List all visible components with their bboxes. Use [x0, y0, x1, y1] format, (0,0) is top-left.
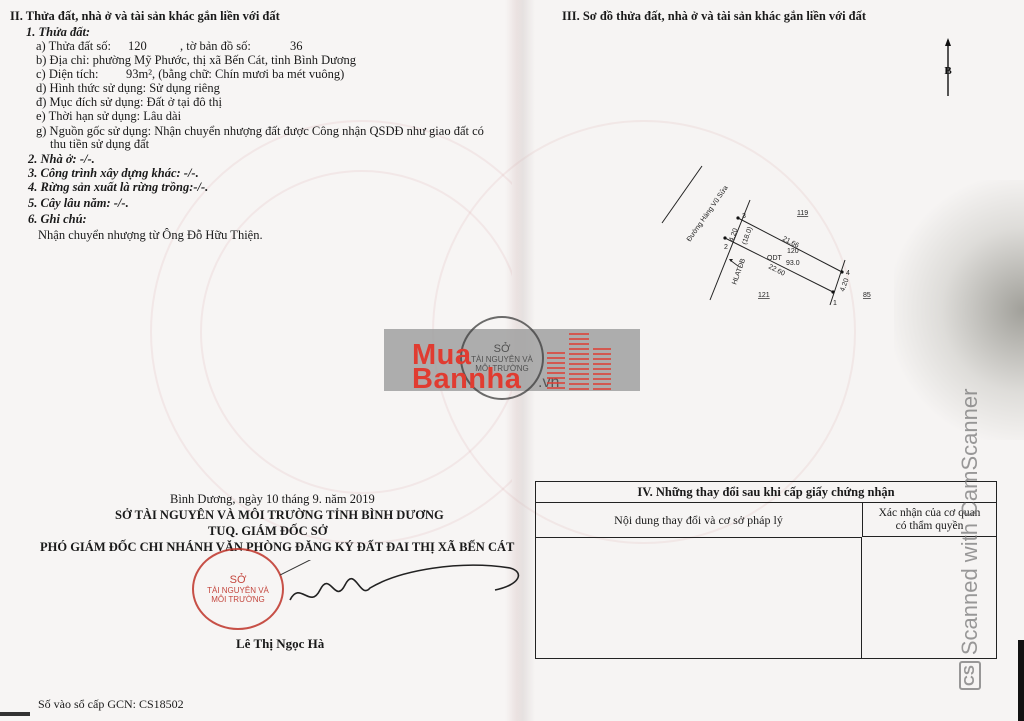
changes-table: IV. Những thay đổi sau khi cấp giấy chứn…	[535, 481, 997, 659]
house-item: 2. Nhà ở: -/-.	[28, 152, 95, 166]
signing-date: Bình Dương, ngày 10 tháng 9. năm 2019	[170, 492, 375, 506]
side-left-length: 4.20	[728, 227, 739, 242]
neighbor-119: 119	[797, 210, 808, 217]
neighbor-85: 85	[863, 292, 871, 299]
parcel-code: ODT	[767, 255, 783, 262]
signature	[280, 560, 540, 620]
seal-text-2: TÀI NGUYÊN VÀ	[207, 586, 269, 595]
parcel-number: 120	[787, 248, 799, 255]
camscanner-text: Scanned with CamScanner	[957, 389, 983, 656]
registry-number: Số vào sổ cấp GCN: CS18502	[38, 697, 184, 711]
scan-edge-left	[0, 712, 30, 716]
north-label: B	[944, 65, 952, 77]
side-bottom-length: 22.60	[767, 264, 786, 278]
usage-form: d) Hình thức sử dụng: Sử dụng riêng	[36, 81, 220, 95]
road-label: Đường Hàng Vũ Sửa	[685, 184, 730, 243]
signer-name: Lê Thị Ngọc Hà	[236, 637, 324, 651]
vertex-4: 4	[846, 270, 850, 277]
vertex-2: 2	[724, 244, 728, 251]
seal-text-3: MÔI TRƯỜNG	[211, 595, 265, 604]
parcel-number-value: 120	[128, 39, 147, 53]
vertex-3: 3	[742, 213, 746, 220]
forest-item: 4. Rừng sản xuất là rừng trồng:-/-.	[28, 180, 208, 194]
seal-text-1: SỞ	[230, 574, 247, 586]
perennial-item: 5. Cây lâu năm: -/-.	[28, 196, 129, 210]
side-right-length: 4.20	[839, 277, 850, 292]
center-seal-text-1: SỞ	[494, 343, 511, 355]
usage-term: e) Thời hạn sử dụng: Lâu dài	[36, 109, 181, 123]
signing-authority: SỞ TÀI NGUYÊN VÀ MÔI TRƯỜNG TỈNH BÌNH DƯ…	[115, 508, 444, 522]
note-heading: 6. Ghi chú:	[28, 212, 87, 226]
other-construction-item: 3. Công trình xây dựng khác: -/-.	[28, 166, 199, 180]
camscanner-watermark: CS Scanned with CamScanner	[957, 389, 983, 690]
parcel-diagram: Đường Hàng Vũ Sửa 3 2 4 1 4.20 (18.0) 21…	[650, 160, 880, 310]
usage-origin: g) Nguồn gốc sử dụng: Nhận chuyển nhượng…	[36, 124, 484, 138]
area-value: 93m², (bằng chữ: Chín mươi ba mét vuông)	[126, 67, 344, 81]
section-2-title: II. Thửa đất, nhà ở và tài sản khác gắn …	[10, 9, 280, 23]
north-arrow-icon: B	[940, 38, 956, 98]
usage-origin-cont: thu tiền sử dụng đất	[50, 137, 149, 151]
logo-text-line2: Bannha	[412, 367, 521, 392]
direction-label: HLATĐB	[731, 258, 747, 286]
signing-position: PHÓ GIÁM ĐỐC CHI NHÁNH VĂN PHÒNG ĐĂNG KÝ…	[40, 540, 514, 554]
parcel-area: 93.0	[786, 260, 800, 267]
building-logo-icon	[545, 331, 615, 391]
neighbor-121: 121	[758, 292, 770, 299]
section-3-title: III. Sơ đồ thửa đất, nhà ở và tài sản kh…	[562, 9, 866, 23]
side-left-setback: (18.0)	[741, 226, 754, 246]
note-text: Nhận chuyển nhượng từ Ông Đỗ Hữu Thiện.	[38, 228, 263, 242]
scan-edge	[1018, 640, 1024, 721]
map-sheet-value: 36	[290, 39, 303, 53]
camscanner-badge-icon: CS	[959, 661, 981, 690]
official-seal-stamp: SỞ TÀI NGUYÊN VÀ MÔI TRƯỜNG	[192, 548, 284, 630]
vertex-1: 1	[833, 300, 837, 307]
map-sheet-label: , tờ bản đồ số:	[180, 39, 251, 53]
land-heading: 1. Thửa đất:	[26, 25, 90, 39]
address: b) Địa chỉ: phường Mỹ Phước, thị xã Bến …	[36, 53, 356, 67]
table-column-divider	[861, 537, 862, 658]
section-4-title: IV. Những thay đổi sau khi cấp giấy chứn…	[536, 482, 996, 503]
changes-col-content-header: Nội dung thay đổi và cơ sở pháp lý	[536, 503, 861, 538]
usage-purpose: đ) Mục đích sử dụng: Đất ở tại đô thị	[36, 95, 222, 109]
signing-on-behalf: TUQ. GIÁM ĐỐC SỞ	[208, 524, 327, 538]
parcel-number-label: a) Thửa đất số:	[36, 39, 111, 53]
area-label: c) Diện tích:	[36, 67, 98, 81]
